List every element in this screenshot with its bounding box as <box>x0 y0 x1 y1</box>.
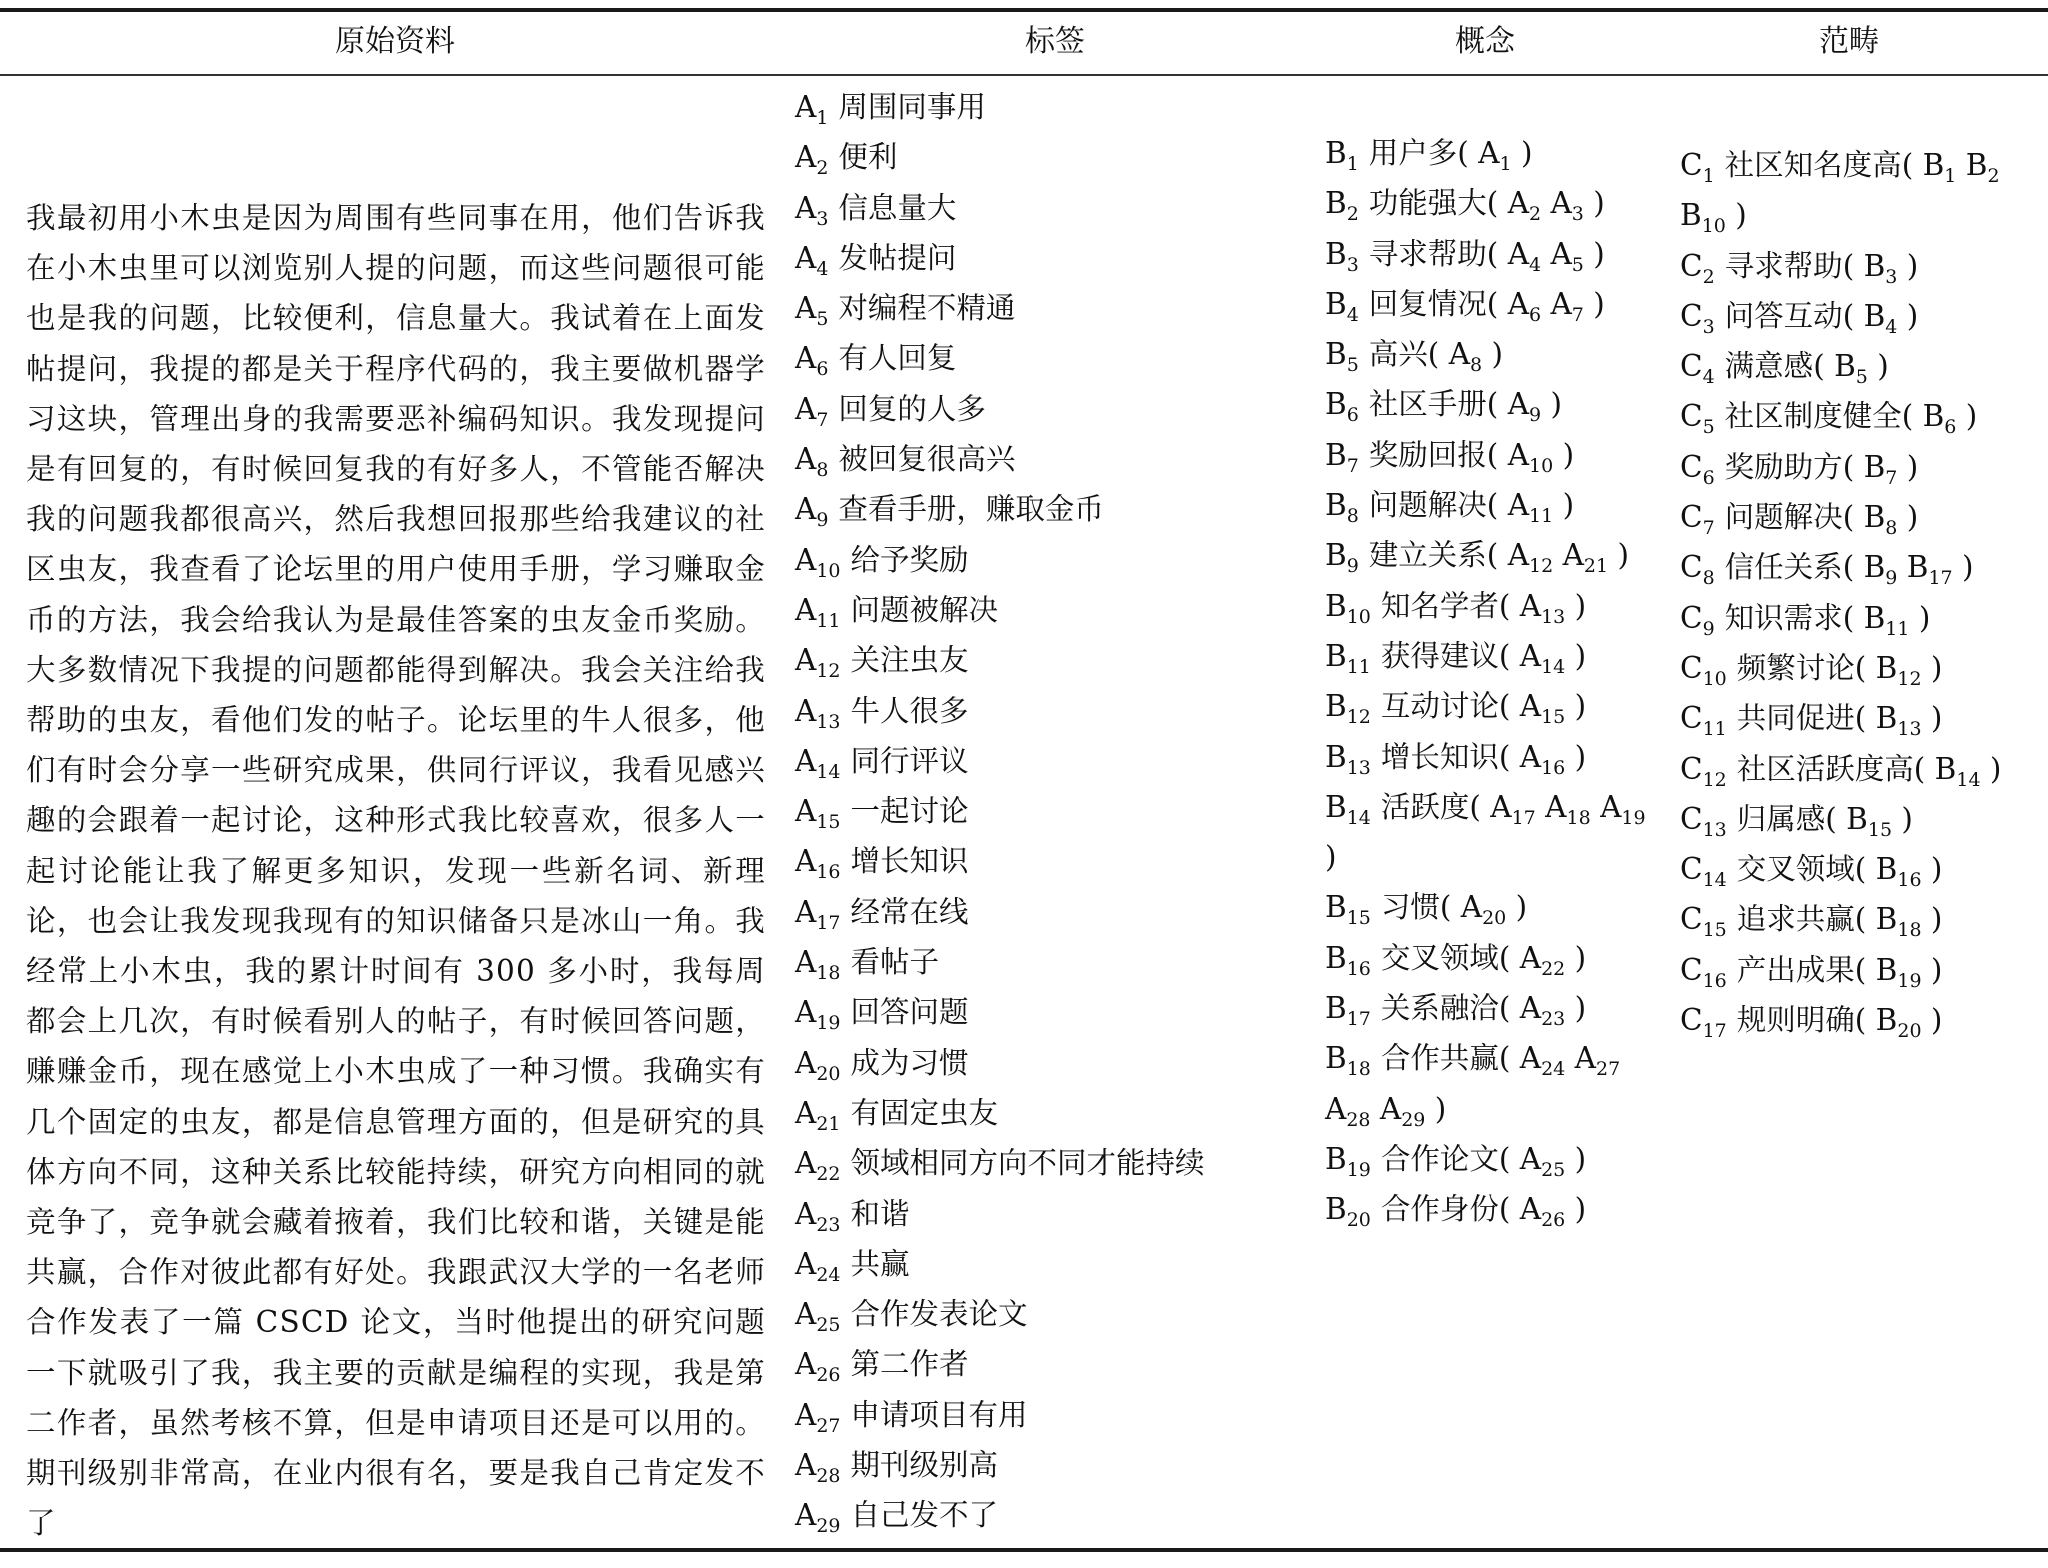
item-text: 社区手册 <box>1369 387 1487 421</box>
item-code: C13 <box>1680 802 1727 836</box>
item-text: 寻求帮助 <box>1369 237 1487 271</box>
item-text: 发帖提问 <box>838 241 956 275</box>
item-refs: ( A14 ) <box>1499 639 1586 673</box>
item-text: 第二作者 <box>851 1347 969 1381</box>
item-text: 奖励回报 <box>1369 438 1487 472</box>
item-text: 有固定虫友 <box>851 1096 999 1130</box>
item-code: A6 <box>795 341 828 375</box>
label-item: A16增长知识 <box>795 836 1205 886</box>
label-item: A23和谐 <box>795 1189 1205 1239</box>
item-code: A21 <box>795 1096 841 1130</box>
item-code: C7 <box>1680 500 1715 534</box>
concepts-column: B1用户多( A1 )B2功能强大( A2 A3 )B3寻求帮助( A4 A5 … <box>1325 128 1655 1235</box>
concept-item: B3寻求帮助( A4 A5 ) <box>1325 229 1655 279</box>
item-code: B8 <box>1325 488 1359 522</box>
item-code: B18 <box>1325 1041 1371 1075</box>
item-code: C5 <box>1680 399 1715 433</box>
item-refs: ( A13 ) <box>1499 589 1586 623</box>
item-code: B15 <box>1325 890 1371 924</box>
item-refs: ( A17 A18 A19 ) <box>1325 790 1646 874</box>
item-code: B9 <box>1325 538 1359 572</box>
item-code: B13 <box>1325 740 1371 774</box>
labels-column: A1周围同事用A2便利A3信息量大A4发帖提问A5对编程不精通A6有人回复A7回… <box>795 82 1205 1541</box>
item-text: 高兴 <box>1369 337 1428 371</box>
item-code: B5 <box>1325 337 1359 371</box>
label-item: A4发帖提问 <box>795 233 1205 283</box>
item-text: 合作发表论文 <box>851 1297 1028 1331</box>
item-refs: ( B8 ) <box>1843 500 1919 534</box>
item-text: 建立关系 <box>1369 538 1487 572</box>
item-code: C9 <box>1680 601 1715 635</box>
concept-item: B1用户多( A1 ) <box>1325 128 1655 178</box>
item-refs: ( A1 ) <box>1457 136 1532 170</box>
concept-item: B16交叉领域( A22 ) <box>1325 933 1655 983</box>
label-item: A6有人回复 <box>795 333 1205 383</box>
item-code: B12 <box>1325 689 1371 723</box>
item-text: 增长知识 <box>1381 740 1499 774</box>
item-refs: ( B11 ) <box>1843 601 1931 635</box>
label-item: A27申请项目有用 <box>795 1390 1205 1440</box>
item-code: A12 <box>795 643 841 677</box>
item-code: B16 <box>1325 941 1371 975</box>
item-refs: ( A4 A5 ) <box>1487 237 1605 271</box>
category-item: C13归属感( B15 ) <box>1680 794 2040 844</box>
concept-item: B2功能强大( A2 A3 ) <box>1325 178 1655 228</box>
item-code: A20 <box>795 1046 841 1080</box>
item-refs: ( B15 ) <box>1825 802 1913 836</box>
item-refs: ( B19 ) <box>1855 953 1943 987</box>
item-refs: ( B5 ) <box>1813 349 1889 383</box>
concept-item: B18合作共赢( A24 A27 A28 A29 ) <box>1325 1033 1655 1134</box>
label-item: A17经常在线 <box>795 887 1205 937</box>
item-text: 问答互动 <box>1725 299 1843 333</box>
item-text: 互动讨论 <box>1381 689 1499 723</box>
item-code: A3 <box>795 191 828 225</box>
category-item: C5社区制度健全( B6 ) <box>1680 391 2040 441</box>
item-code: A29 <box>795 1498 841 1532</box>
item-text: 满意感 <box>1725 349 1814 383</box>
item-text: 对编程不精通 <box>838 291 1015 325</box>
label-item: A22领域相同方向不同才能持续 <box>795 1138 1205 1188</box>
item-text: 合作共赢 <box>1381 1041 1499 1075</box>
item-text: 规则明确 <box>1737 1003 1855 1037</box>
item-refs: ( B16 ) <box>1855 852 1943 886</box>
item-text: 知名学者 <box>1381 589 1499 623</box>
item-text: 一起讨论 <box>851 794 969 828</box>
item-text: 问题解决 <box>1369 488 1487 522</box>
item-code: B1 <box>1325 136 1359 170</box>
item-text: 用户多 <box>1369 136 1458 170</box>
item-text: 期刊级别高 <box>851 1448 999 1482</box>
item-text: 给予奖励 <box>851 543 969 577</box>
item-code: C11 <box>1680 701 1727 735</box>
item-text: 领域相同方向不同才能持续 <box>851 1146 1205 1180</box>
label-item: A3信息量大 <box>795 183 1205 233</box>
category-item: C2寻求帮助( B3 ) <box>1680 241 2040 291</box>
item-text: 信息量大 <box>838 191 956 225</box>
item-text: 关系融洽 <box>1381 991 1499 1025</box>
item-code: C3 <box>1680 299 1715 333</box>
label-item: A12关注虫友 <box>795 635 1205 685</box>
label-item: A19回答问题 <box>795 987 1205 1037</box>
item-text: 共赢 <box>851 1247 910 1281</box>
item-code: A15 <box>795 794 841 828</box>
item-text: 周围同事用 <box>838 90 986 124</box>
item-text: 知识需求 <box>1725 601 1843 635</box>
item-text: 产出成果 <box>1737 953 1855 987</box>
item-code: A5 <box>795 291 828 325</box>
item-text: 合作论文 <box>1381 1142 1499 1176</box>
item-text: 信任关系 <box>1725 550 1843 584</box>
item-text: 功能强大 <box>1369 186 1487 220</box>
item-code: A7 <box>795 392 828 426</box>
item-code: A14 <box>795 744 841 778</box>
item-code: A9 <box>795 492 828 526</box>
item-code: C6 <box>1680 450 1715 484</box>
concept-item: B8问题解决( A11 ) <box>1325 480 1655 530</box>
item-code: A13 <box>795 694 841 728</box>
item-refs: ( B3 ) <box>1843 249 1919 283</box>
label-item: A24共赢 <box>795 1239 1205 1289</box>
header-concepts: 概念 <box>1320 22 1650 62</box>
label-item: A14同行评议 <box>795 736 1205 786</box>
item-code: C15 <box>1680 902 1727 936</box>
item-code: A18 <box>795 945 841 979</box>
label-item: A5对编程不精通 <box>795 283 1205 333</box>
item-text: 有人回复 <box>838 341 956 375</box>
category-item: C15追求共赢( B18 ) <box>1680 894 2040 944</box>
item-refs: ( A2 A3 ) <box>1487 186 1605 220</box>
header-original-material: 原始资料 <box>0 22 790 62</box>
item-text: 回复的人多 <box>838 392 986 426</box>
item-refs: ( A23 ) <box>1499 991 1586 1025</box>
item-refs: ( A20 ) <box>1440 890 1527 924</box>
category-item: C9知识需求( B11 ) <box>1680 593 2040 643</box>
item-code: B19 <box>1325 1142 1371 1176</box>
item-code: A16 <box>795 844 841 878</box>
label-item: A7回复的人多 <box>795 384 1205 434</box>
label-item: A8被回复很高兴 <box>795 434 1205 484</box>
item-code: B10 <box>1325 589 1371 623</box>
item-text: 成为习惯 <box>851 1046 969 1080</box>
label-item: A29自己发不了 <box>795 1490 1205 1540</box>
item-code: C10 <box>1680 651 1727 685</box>
label-item: A20成为习惯 <box>795 1038 1205 1088</box>
item-code: B6 <box>1325 387 1359 421</box>
concept-item: B11获得建议( A14 ) <box>1325 631 1655 681</box>
concept-item: B15习惯( A20 ) <box>1325 882 1655 932</box>
item-code: A1 <box>795 90 828 124</box>
item-code: A27 <box>795 1398 841 1432</box>
item-refs: ( A11 ) <box>1487 488 1574 522</box>
item-text: 自己发不了 <box>851 1498 999 1532</box>
item-refs: ( A6 A7 ) <box>1487 287 1605 321</box>
item-text: 经常在线 <box>851 895 969 929</box>
table-top-rule <box>0 8 2048 12</box>
label-item: A13牛人很多 <box>795 686 1205 736</box>
item-refs: ( B7 ) <box>1843 450 1919 484</box>
item-refs: ( A8 ) <box>1428 337 1503 371</box>
item-code: A28 <box>795 1448 841 1482</box>
item-text: 被回复很高兴 <box>838 442 1015 476</box>
item-code: B2 <box>1325 186 1359 220</box>
label-item: A15一起讨论 <box>795 786 1205 836</box>
item-code: B20 <box>1325 1192 1371 1226</box>
item-code: A4 <box>795 241 828 275</box>
item-text: 社区活跃度高 <box>1737 752 1914 786</box>
item-code: B7 <box>1325 438 1359 472</box>
item-code: A10 <box>795 543 841 577</box>
item-refs: ( B6 ) <box>1902 399 1978 433</box>
concept-item: B4回复情况( A6 A7 ) <box>1325 279 1655 329</box>
category-item: C4满意感( B5 ) <box>1680 341 2040 391</box>
category-item: C16产出成果( B19 ) <box>1680 945 2040 995</box>
item-code: C1 <box>1680 148 1715 182</box>
concept-item: B17关系融洽( A23 ) <box>1325 983 1655 1033</box>
label-item: A2便利 <box>795 132 1205 182</box>
category-item: C1社区知名度高( B1 B2 B10 ) <box>1680 140 2040 241</box>
item-text: 社区知名度高 <box>1725 148 1902 182</box>
concept-item: B10知名学者( A13 ) <box>1325 581 1655 631</box>
categories-column: C1社区知名度高( B1 B2 B10 )C2寻求帮助( B3 )C3问答互动(… <box>1680 140 2040 1045</box>
item-text: 回答问题 <box>851 995 969 1029</box>
concept-item: B6社区手册( A9 ) <box>1325 379 1655 429</box>
item-text: 寻求帮助 <box>1725 249 1843 283</box>
item-code: A8 <box>795 442 828 476</box>
item-refs: ( A26 ) <box>1499 1192 1586 1226</box>
item-text: 查看手册，赚取金币 <box>838 492 1104 526</box>
item-refs: ( A12 A21 ) <box>1487 538 1629 572</box>
item-text: 回复情况 <box>1369 287 1487 321</box>
item-text: 合作身份 <box>1381 1192 1499 1226</box>
table-bottom-rule <box>0 1548 2048 1552</box>
item-code: A25 <box>795 1297 841 1331</box>
item-code: A26 <box>795 1347 841 1381</box>
label-item: A10给予奖励 <box>795 535 1205 585</box>
item-text: 交叉领域 <box>1737 852 1855 886</box>
item-refs: ( A10 ) <box>1487 438 1574 472</box>
item-code: A24 <box>795 1247 841 1281</box>
item-text: 问题被解决 <box>851 593 999 627</box>
concept-item: B9建立关系( A12 A21 ) <box>1325 530 1655 580</box>
item-text: 增长知识 <box>851 844 969 878</box>
item-text: 获得建议 <box>1381 639 1499 673</box>
category-item: C17规则明确( B20 ) <box>1680 995 2040 1045</box>
category-item: C10频繁讨论( B12 ) <box>1680 643 2040 693</box>
item-text: 社区制度健全 <box>1725 399 1902 433</box>
original-text-paragraph: 我最初用小木虫是因为周围有些同事在用，他们告诉我在小木虫里可以浏览别人提的问题，… <box>26 193 766 1548</box>
item-code: A22 <box>795 1146 841 1180</box>
label-item: A21有固定虫友 <box>795 1088 1205 1138</box>
item-text: 和谐 <box>851 1197 910 1231</box>
item-code: B17 <box>1325 991 1371 1025</box>
item-code: C8 <box>1680 550 1715 584</box>
label-item: A11问题被解决 <box>795 585 1205 635</box>
label-item: A25合作发表论文 <box>795 1289 1205 1339</box>
concept-item: B14活跃度( A17 A18 A19 ) <box>1325 782 1655 883</box>
item-code: A11 <box>795 593 841 627</box>
item-text: 频繁讨论 <box>1737 651 1855 685</box>
item-code: C14 <box>1680 852 1727 886</box>
item-refs: ( B14 ) <box>1914 752 2002 786</box>
item-code: A19 <box>795 995 841 1029</box>
item-text: 同行评议 <box>851 744 969 778</box>
item-text: 活跃度 <box>1381 790 1470 824</box>
header-labels: 标签 <box>790 22 1320 62</box>
label-item: A28期刊级别高 <box>795 1440 1205 1490</box>
category-item: C7问题解决( B8 ) <box>1680 492 2040 542</box>
header-bottom-rule <box>0 74 2048 76</box>
category-item: C14交叉领域( B16 ) <box>1680 844 2040 894</box>
category-item: C6奖励助方( B7 ) <box>1680 442 2040 492</box>
concept-item: B20合作身份( A26 ) <box>1325 1184 1655 1234</box>
item-code: A23 <box>795 1197 841 1231</box>
label-item: A18看帖子 <box>795 937 1205 987</box>
item-refs: ( A15 ) <box>1499 689 1586 723</box>
item-text: 归属感 <box>1737 802 1826 836</box>
category-item: C3问答互动( B4 ) <box>1680 291 2040 341</box>
item-text: 申请项目有用 <box>851 1398 1028 1432</box>
item-refs: ( A16 ) <box>1499 740 1586 774</box>
item-code: C17 <box>1680 1003 1727 1037</box>
concept-item: B7奖励回报( A10 ) <box>1325 430 1655 480</box>
item-text: 关注虫友 <box>851 643 969 677</box>
header-categories: 范畴 <box>1650 22 2048 62</box>
item-text: 习惯 <box>1381 890 1440 924</box>
item-code: B14 <box>1325 790 1371 824</box>
item-text: 问题解决 <box>1725 500 1843 534</box>
item-text: 奖励助方 <box>1725 450 1843 484</box>
item-text: 看帖子 <box>851 945 940 979</box>
item-code: A2 <box>795 140 828 174</box>
item-refs: ( B13 ) <box>1855 701 1943 735</box>
item-code: B4 <box>1325 287 1359 321</box>
label-item: A26第二作者 <box>795 1339 1205 1389</box>
label-item: A1周围同事用 <box>795 82 1205 132</box>
label-item: A9查看手册，赚取金币 <box>795 484 1205 534</box>
item-refs: ( A9 ) <box>1487 387 1562 421</box>
item-text: 交叉领域 <box>1381 941 1499 975</box>
concept-item: B5高兴( A8 ) <box>1325 329 1655 379</box>
item-text: 共同促进 <box>1737 701 1855 735</box>
item-code: C16 <box>1680 953 1727 987</box>
item-refs: ( B4 ) <box>1843 299 1919 333</box>
concept-item: B19合作论文( A25 ) <box>1325 1134 1655 1184</box>
item-code: B3 <box>1325 237 1359 271</box>
item-text: 牛人很多 <box>851 694 969 728</box>
item-refs: ( B20 ) <box>1855 1003 1943 1037</box>
item-refs: ( B18 ) <box>1855 902 1943 936</box>
item-code: B11 <box>1325 639 1371 673</box>
item-code: C2 <box>1680 249 1715 283</box>
item-refs: ( B9 B17 ) <box>1843 550 1974 584</box>
category-item: C11共同促进( B13 ) <box>1680 693 2040 743</box>
item-refs: ( B12 ) <box>1855 651 1943 685</box>
item-code: C4 <box>1680 349 1715 383</box>
concept-item: B12互动讨论( A15 ) <box>1325 681 1655 731</box>
category-item: C8信任关系( B9 B17 ) <box>1680 542 2040 592</box>
item-refs: ( A25 ) <box>1499 1142 1586 1176</box>
item-refs: ( A22 ) <box>1499 941 1586 975</box>
concept-item: B13增长知识( A16 ) <box>1325 732 1655 782</box>
item-code: A17 <box>795 895 841 929</box>
item-code: C12 <box>1680 752 1727 786</box>
category-item: C12社区活跃度高( B14 ) <box>1680 744 2040 794</box>
item-text: 便利 <box>838 140 897 174</box>
item-text: 追求共赢 <box>1737 902 1855 936</box>
